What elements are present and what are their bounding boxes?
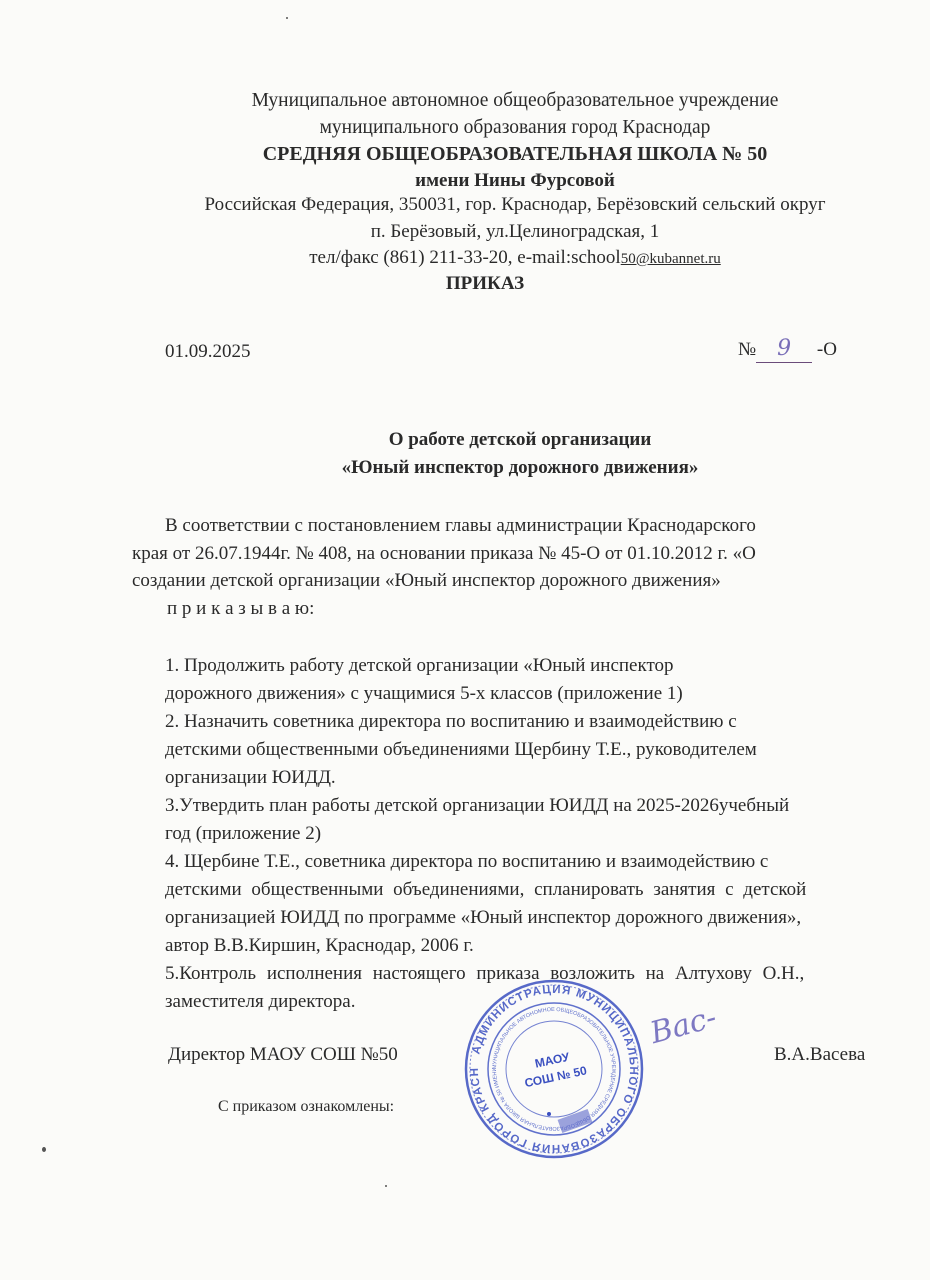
item-2-line2: детскими общественными объединениями Щер… — [165, 735, 757, 764]
header-org-line1: Муниципальное автономное общеобразовател… — [0, 87, 930, 114]
contact-phone-email: тел/факс (861) 211-33-20, e-mail:school — [309, 247, 620, 268]
order-word: п р и к а з ы в а ю: — [167, 594, 314, 623]
handwritten-signature: Вас- — [647, 1000, 721, 1051]
signature-position: Директор МАОУ СОШ №50 — [168, 1040, 398, 1069]
item-1-line1: 1. Продолжить работу детской организации… — [165, 651, 674, 680]
school-named-after: имени Нины Фурсовой — [0, 167, 930, 194]
item-5-line2: заместителя директора. — [165, 987, 355, 1016]
acknowledged-label: С приказом ознакомлены: — [218, 1098, 394, 1116]
address-line1: Российская Федерация, 350031, гор. Красн… — [0, 191, 930, 218]
item-2-line3: организации ЮИДД. — [165, 763, 336, 792]
order-number: №9 -О — [738, 335, 837, 364]
number-sign: № — [738, 339, 756, 360]
handwritten-number: 9 — [756, 340, 812, 363]
item-4-line1: 4. Щербине Т.Е., советника директора по … — [165, 847, 768, 876]
order-date: 01.09.2025 — [165, 337, 251, 366]
scan-speck — [385, 1185, 387, 1187]
preamble-line1: В соответствии с постановлением главы ад… — [165, 511, 756, 540]
item-2-line1: 2. Назначить советника директора по восп… — [165, 707, 737, 736]
item-4-line4: автор В.В.Киршин, Краснодар, 2006 г. — [165, 931, 474, 960]
preamble-line2: края от 26.07.1944г. № 408, на основании… — [132, 539, 756, 568]
preamble-line3: создании детской организации «Юный инспе… — [132, 566, 721, 595]
scan-speck — [42, 1147, 46, 1152]
order-title-line2: «Юный инспектор дорожного движения» — [0, 454, 930, 482]
item-4-line2: детскими общественными объединениями, сп… — [165, 875, 806, 904]
contact-line: тел/факс (861) 211-33-20, e-mail:school5… — [0, 244, 930, 273]
school-name: СРЕДНЯЯ ОБЩЕОБРАЗОВАТЕЛЬНАЯ ШКОЛА № 50 — [0, 141, 930, 168]
item-3-line1: 3.Утвердить план работы детской организа… — [165, 791, 789, 820]
scan-speck — [286, 17, 288, 19]
item-4-line3: организацией ЮИДД по программе «Юный инс… — [165, 903, 801, 932]
item-3-line2: год (приложение 2) — [165, 819, 321, 848]
order-title-line1: О работе детской организации — [0, 426, 930, 454]
signature-name: В.А.Васева — [774, 1040, 865, 1069]
doc-type: ПРИКАЗ — [0, 270, 930, 297]
item-1-line2: дорожного движения» с учащимися 5-х клас… — [165, 679, 683, 708]
svg-text:СОШ № 50: СОШ № 50 — [523, 1063, 588, 1090]
number-suffix: -О — [817, 339, 837, 360]
email-link[interactable]: 50@kubannet.ru — [621, 251, 721, 267]
official-stamp-icon: АДМИНИСТРАЦИЯ МУНИЦИПАЛЬНОГО ОБРАЗОВАНИЯ… — [463, 978, 645, 1160]
header-org-line2: муниципального образования город Краснод… — [0, 114, 930, 141]
address-line2: п. Берёзовый, ул.Целиноградская, 1 — [0, 218, 930, 245]
